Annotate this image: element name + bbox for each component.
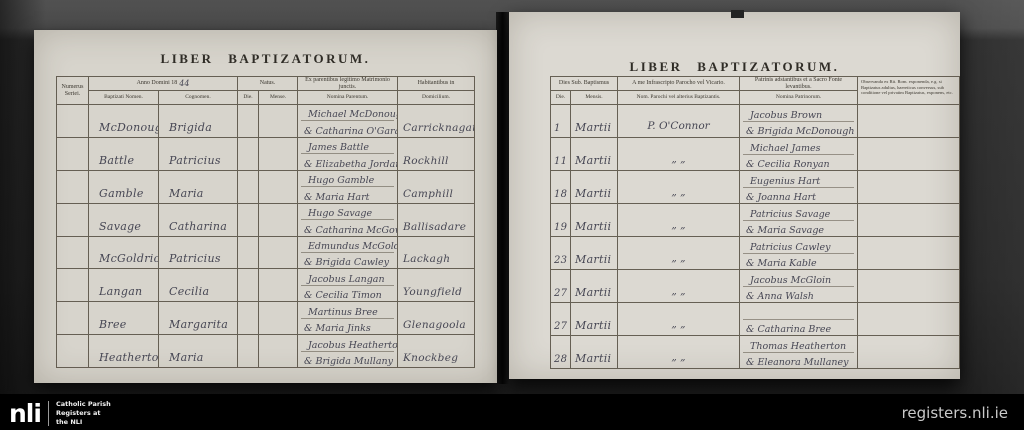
surname-cell: Bree <box>89 302 159 335</box>
father-name: James Battle <box>301 138 394 154</box>
minister-cell: „ „ <box>618 270 740 303</box>
father-name: Hugo Gamble <box>301 171 394 187</box>
sponsor-name: Thomas Heatherton <box>743 336 854 353</box>
mense-cell <box>259 269 298 302</box>
forename-cell: Patricius <box>159 237 238 270</box>
col-header-patrinis: Patrinis adstantibus et a Sacro Fonte le… <box>740 77 858 91</box>
sponsors-cell: Jacobus McGloin & Anna Walsh <box>740 270 858 303</box>
numerus-cell <box>57 237 89 270</box>
forename-cell: Catharina <box>159 204 238 237</box>
father-name: Jacobus Heatherton <box>301 335 394 351</box>
anno-domini-label: Anno Domini 18 <box>137 80 178 87</box>
sponsors-cell: Michael James & Cecilia Ronyan <box>740 138 858 171</box>
residence-cell: Ballisadare <box>398 204 475 237</box>
mother-name: & Cecilia Timon <box>301 286 394 301</box>
mense-cell <box>259 204 298 237</box>
col-header-anno-domini: Anno Domini 18 44 <box>89 77 238 91</box>
observanda-cell <box>858 303 960 336</box>
left-register-table: Numerus Seriei. Anno Domini 18 44 Natus.… <box>56 76 475 368</box>
parents-cell: Jacobus Heatherton & Brigida Mullany <box>298 335 398 368</box>
mother-name: & Maria Hart <box>301 187 394 202</box>
numerus-cell <box>57 335 89 368</box>
baptism-month-cell: Martii <box>571 237 618 270</box>
parents-cell: James Battle & Elizabetha Jordan <box>298 138 398 171</box>
baptism-month-cell: Martii <box>571 171 618 204</box>
col-header-dies-baptismi: Dies Sub. Baptismus <box>551 77 618 91</box>
residence-cell: Youngfield <box>398 269 475 302</box>
col-header-baptizati-nomen: Baptizati Nomen. <box>89 91 159 105</box>
baptism-day-cell: 27 <box>551 270 571 303</box>
sponsor-name: & Maria Savage <box>743 221 854 237</box>
surname-cell: Battle <box>89 138 159 171</box>
col-header-mensis: Mensis. <box>571 91 618 105</box>
baptism-month-cell: Martii <box>571 336 618 369</box>
minister-cell: „ „ <box>618 303 740 336</box>
forename-cell: Margarita <box>159 302 238 335</box>
mense-cell <box>259 335 298 368</box>
sponsor-name: & Cecilia Ronyan <box>743 155 854 171</box>
parents-cell: Jacobus Langan & Cecilia Timon <box>298 269 398 302</box>
mother-name: & Elizabetha Jordan <box>301 154 394 169</box>
baptism-month-cell: Martii <box>571 138 618 171</box>
die-cell <box>238 171 259 204</box>
numerus-cell <box>57 269 89 302</box>
surname-cell: Gamble <box>89 171 159 204</box>
forename-cell: Maria <box>159 171 238 204</box>
baptism-day-cell: 28 <box>551 336 571 369</box>
sponsors-cell: Jacobus Brown & Brigida McDonough <box>740 105 858 138</box>
mother-name: & Brigida Mullany <box>301 352 394 367</box>
numerus-cell <box>57 171 89 204</box>
branding-bar: nli Catholic Parish Registers at the NLI… <box>0 394 1024 430</box>
observanda-cell <box>858 105 960 138</box>
col-header-domicilium: Domicilium. <box>398 91 475 105</box>
sponsor-name: Patricius Cawley <box>743 237 854 254</box>
mother-name: & Catharina O'Gara <box>301 121 394 136</box>
col-header-habitantibus: Habitantibus in <box>398 77 475 91</box>
parents-cell: Michael McDonough & Catharina O'Gara <box>298 105 398 138</box>
die-cell <box>238 269 259 302</box>
forename-cell: Cecilia <box>159 269 238 302</box>
numerus-cell <box>57 302 89 335</box>
site-url: registers.nli.ie <box>902 404 1008 422</box>
surname-cell: McDonough <box>89 105 159 138</box>
observanda-cell <box>858 270 960 303</box>
sponsor-name: Michael James <box>743 138 854 155</box>
baptism-day-cell: 27 <box>551 303 571 336</box>
forename-cell: Patricius <box>159 138 238 171</box>
page-edge-notch <box>731 10 744 18</box>
sponsor-name: & Catharina Bree <box>743 320 854 336</box>
nli-logo: nli <box>9 403 41 424</box>
sponsor-name: & Joanna Hart <box>743 188 854 204</box>
father-name: Jacobus Langan <box>301 269 394 285</box>
die-cell <box>238 335 259 368</box>
viewer-stage: LIBER BAPTIZATORUM. Numerus Seriei. Anno… <box>0 0 1024 430</box>
book-spine <box>496 12 509 384</box>
residence-cell: Rockhill <box>398 138 475 171</box>
col-header-die: Die. <box>551 91 571 105</box>
observanda-cell <box>858 138 960 171</box>
parents-cell: Edmundus McGoldrick & Brigida Cawley <box>298 237 398 270</box>
sponsors-cell: Patricius Savage & Maria Savage <box>740 204 858 237</box>
father-name: Edmundus McGoldrick <box>301 237 394 253</box>
col-header-a-me-infrascripto: A me Infrascripto Parocho vel Vicario. <box>618 77 740 91</box>
surname-cell: McGoldrick <box>89 237 159 270</box>
baptism-day-cell: 11 <box>551 138 571 171</box>
sponsors-cell: Eugenius Hart & Joanna Hart <box>740 171 858 204</box>
mother-name: & Catharina McGowan <box>301 220 394 235</box>
mother-name: & Brigida Cawley <box>301 253 394 268</box>
col-header-cognomen: Cognomen. <box>159 91 238 105</box>
numerus-cell <box>57 105 89 138</box>
sponsor-name: & Brigida McDonough <box>743 122 854 138</box>
baptism-month-cell: Martii <box>571 105 618 138</box>
baptism-day-cell: 18 <box>551 171 571 204</box>
minister-cell: P. O'Connor <box>618 105 740 138</box>
sponsor-name: Jacobus Brown <box>743 105 854 122</box>
parents-cell: Martinus Bree & Maria Jinks <box>298 302 398 335</box>
page-title: LIBER BAPTIZATORUM. <box>34 51 497 67</box>
minister-cell: „ „ <box>618 237 740 270</box>
numerus-cell <box>57 204 89 237</box>
surname-cell: Langan <box>89 269 159 302</box>
mense-cell <box>259 302 298 335</box>
sponsor-name: Eugenius Hart <box>743 171 854 188</box>
numerus-cell <box>57 138 89 171</box>
minister-cell: „ „ <box>618 204 740 237</box>
surname-cell: Savage <box>89 204 159 237</box>
baptism-day-cell: 23 <box>551 237 571 270</box>
observanda-cell <box>858 336 960 369</box>
father-name: Michael McDonough <box>301 105 394 121</box>
minister-cell: „ „ <box>618 138 740 171</box>
col-header-die: Die. <box>238 91 259 105</box>
observanda-cell <box>858 204 960 237</box>
logo-divider <box>48 401 49 426</box>
surname-cell: Heatherton <box>89 335 159 368</box>
sponsors-cell: & Catharina Bree <box>740 303 858 336</box>
page-title: LIBER BAPTIZATORUM. <box>509 59 960 75</box>
sponsor-name: & Anna Walsh <box>743 287 854 303</box>
mother-name: & Maria Jinks <box>301 319 394 334</box>
residence-cell: Glenagoola <box>398 302 475 335</box>
die-cell <box>238 138 259 171</box>
die-cell <box>238 105 259 138</box>
nli-caption: Catholic Parish Registers at the NLI <box>56 400 111 427</box>
mense-cell <box>259 105 298 138</box>
sponsor-name: Jacobus McGloin <box>743 270 854 287</box>
col-header-mense: Mense. <box>259 91 298 105</box>
col-header-observanda: Observanda ex Rit. Rom. exponenda, e.g. … <box>858 77 960 105</box>
parents-cell: Hugo Gamble & Maria Hart <box>298 171 398 204</box>
residence-cell: Knockbeg <box>398 335 475 368</box>
forename-cell: Brigida <box>159 105 238 138</box>
col-header-numerus: Numerus Seriei. <box>57 77 89 105</box>
nli-brand: nli Catholic Parish Registers at the NLI <box>9 400 111 427</box>
father-name: Martinus Bree <box>301 302 394 318</box>
mense-cell <box>259 237 298 270</box>
residence-cell: Carricknagat <box>398 105 475 138</box>
sponsor-name: Patricius Savage <box>743 204 854 221</box>
observanda-cell <box>858 237 960 270</box>
baptism-day-cell: 19 <box>551 204 571 237</box>
register-right-page: LIBER BAPTIZATORUM. Dies Sub. Baptismus … <box>509 12 960 379</box>
sponsor-name <box>743 303 854 320</box>
col-header-nomina-patrinorum: Nomina Patrinorum. <box>740 91 858 105</box>
residence-cell: Camphill <box>398 171 475 204</box>
mense-cell <box>259 171 298 204</box>
col-header-nomen-parochi: Nom. Parochi vel alterius Baptizantis. <box>618 91 740 105</box>
sponsors-cell: Patricius Cawley & Maria Kable <box>740 237 858 270</box>
die-cell <box>238 204 259 237</box>
sponsor-name: & Eleanora Mullaney <box>743 353 854 369</box>
residence-cell: Lackagh <box>398 237 475 270</box>
parents-cell: Hugo Savage & Catharina McGowan <box>298 204 398 237</box>
register-left-page: LIBER BAPTIZATORUM. Numerus Seriei. Anno… <box>34 30 497 383</box>
col-header-nomina-parentum: Nomina Parentum. <box>298 91 398 105</box>
observanda-cell <box>858 171 960 204</box>
baptism-month-cell: Martii <box>571 303 618 336</box>
die-cell <box>238 237 259 270</box>
sponsors-cell: Thomas Heatherton & Eleanora Mullaney <box>740 336 858 369</box>
sponsor-name: & Maria Kable <box>743 254 854 270</box>
die-cell <box>238 302 259 335</box>
col-header-ex-parentibus: Ex parentibus legitimo Matrimonio juncti… <box>298 77 398 91</box>
mense-cell <box>259 138 298 171</box>
anno-domini-year: 44 <box>179 79 189 88</box>
right-register-table: Dies Sub. Baptismus A me Infrascripto Pa… <box>550 76 960 369</box>
baptism-month-cell: Martii <box>571 270 618 303</box>
baptism-day-cell: 1 <box>551 105 571 138</box>
forename-cell: Maria <box>159 335 238 368</box>
minister-cell: „ „ <box>618 171 740 204</box>
baptism-month-cell: Martii <box>571 204 618 237</box>
minister-cell: „ „ <box>618 336 740 369</box>
father-name: Hugo Savage <box>301 204 394 220</box>
col-header-natus: Natus. <box>238 77 298 91</box>
